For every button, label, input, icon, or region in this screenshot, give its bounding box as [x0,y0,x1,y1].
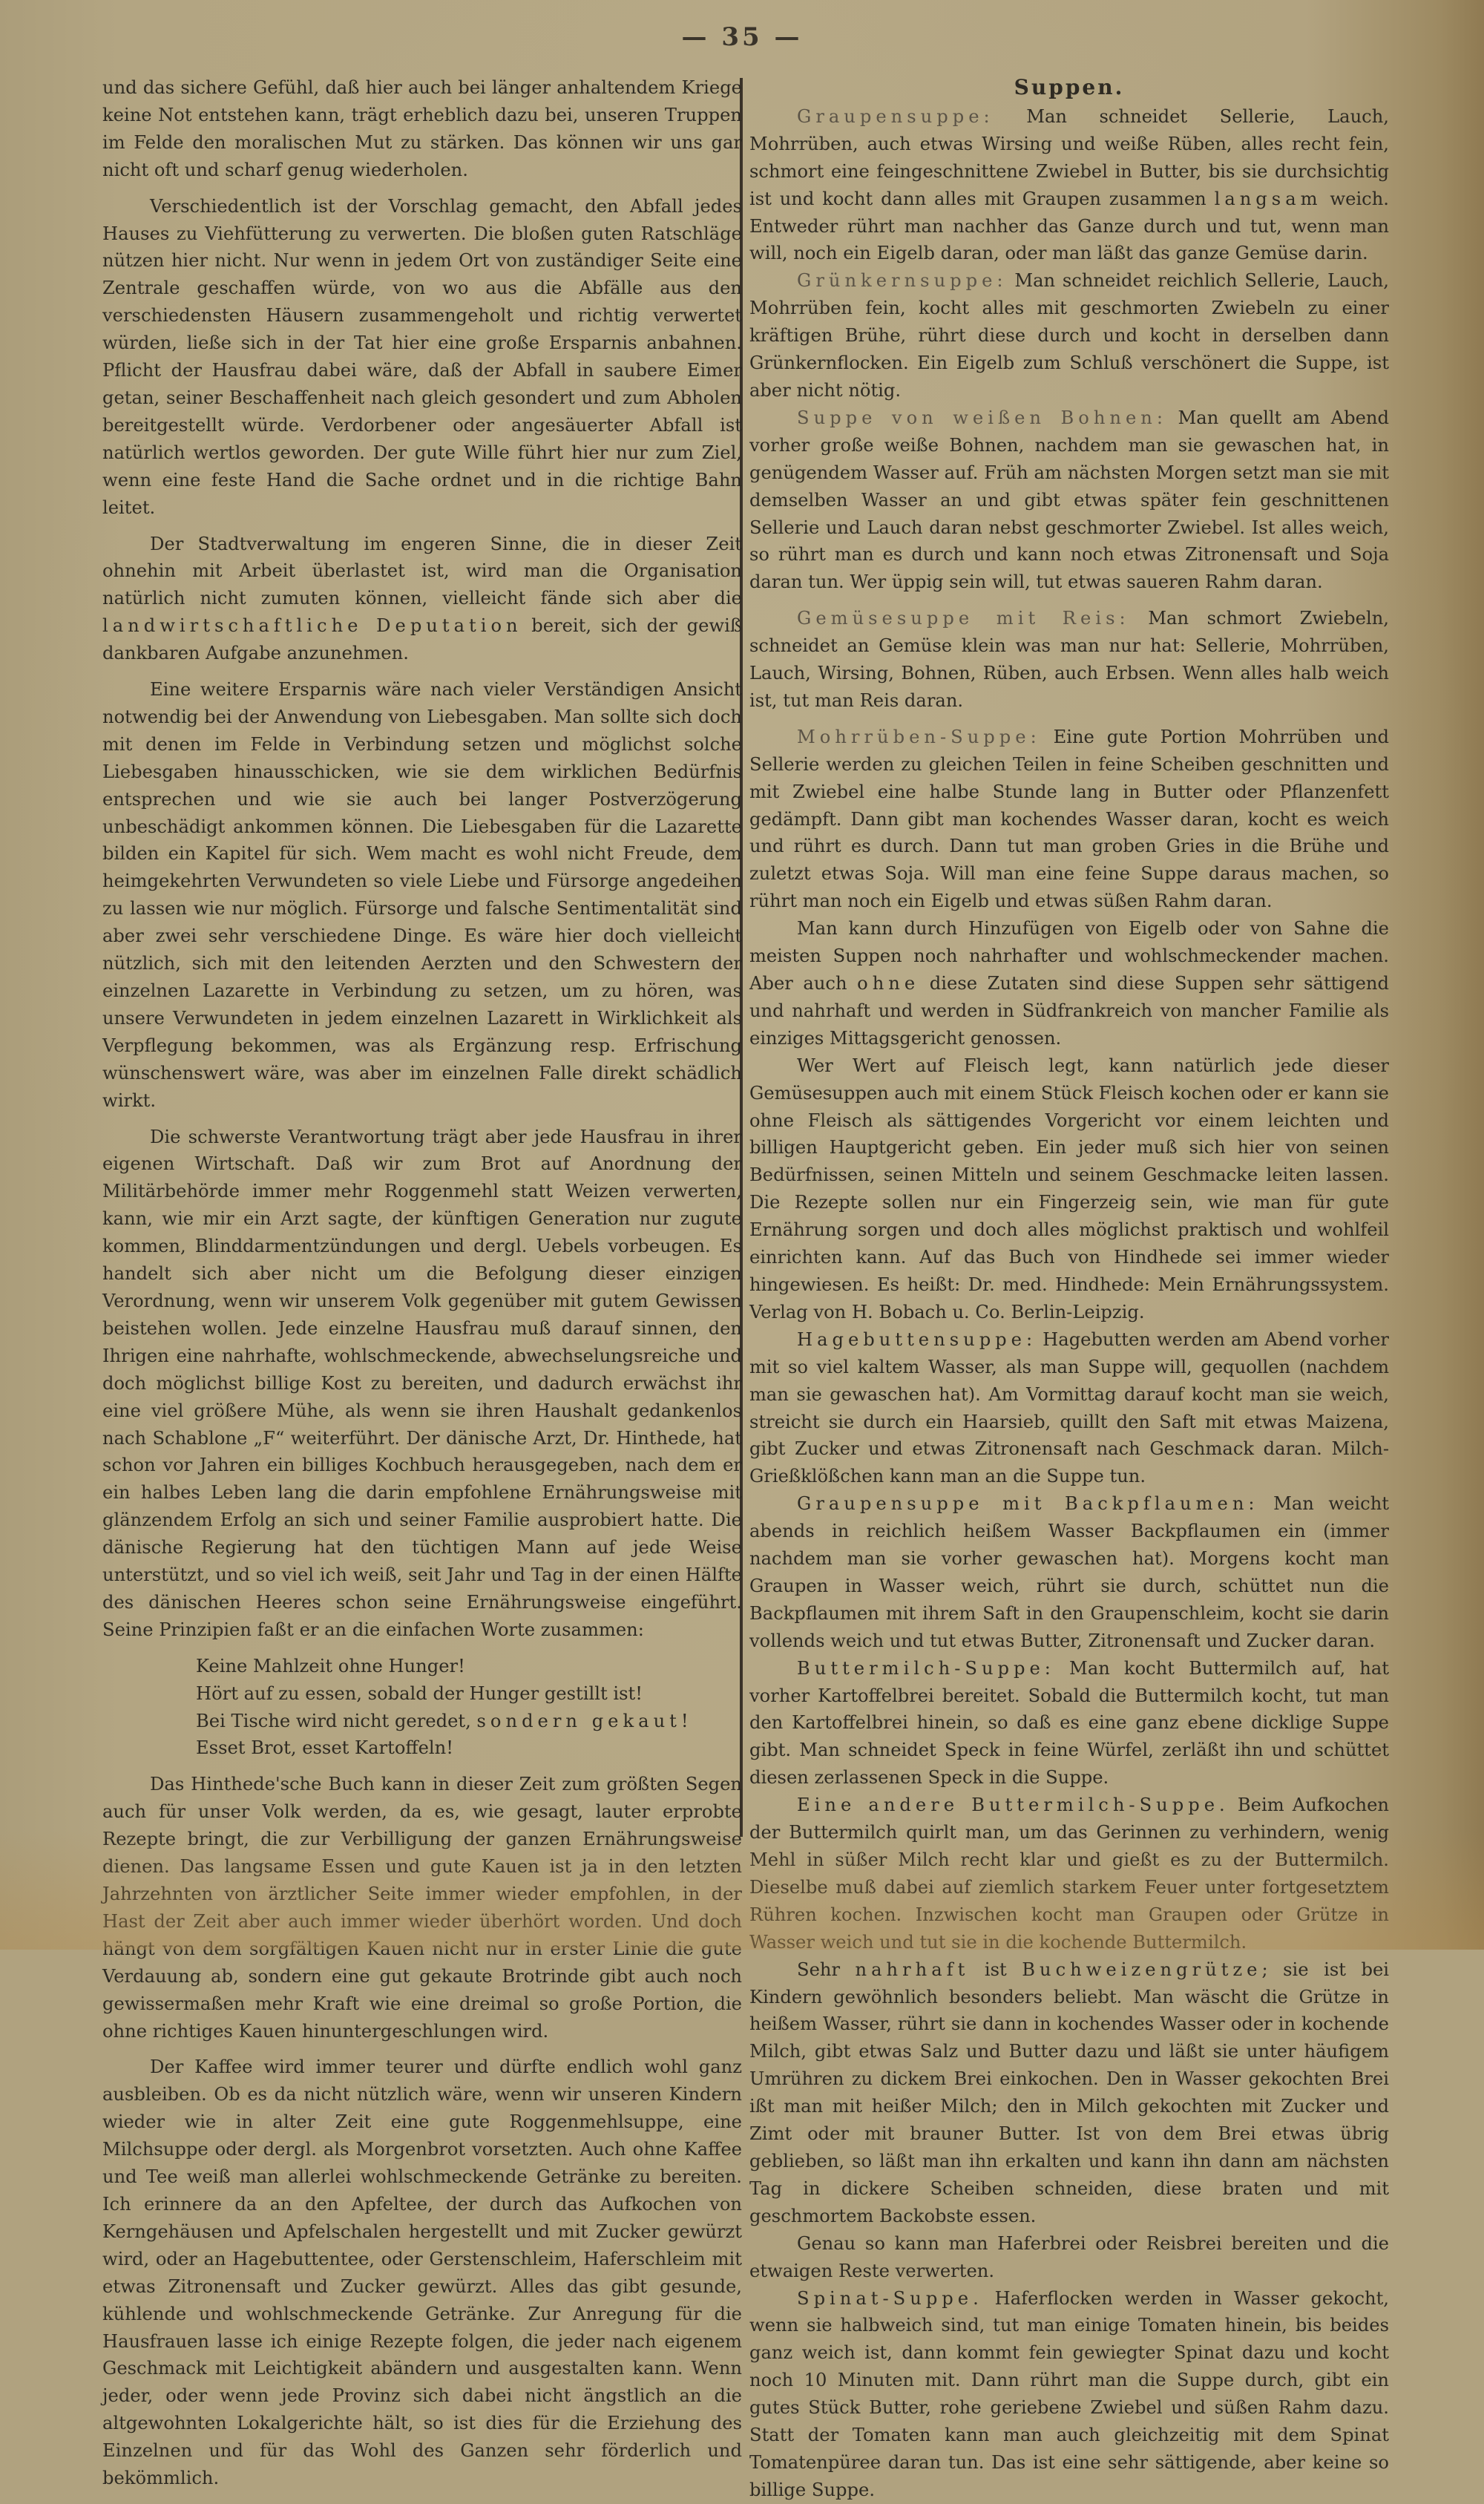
recipe: Mohrrüben-Suppe: Eine gute Portion Mohrr… [749,724,1389,915]
recipe: Buttermilch-Suppe: Man kocht Buttermilch… [749,1655,1389,1792]
recipe-text: Beim Aufkochen der Buttermilch quirlt ma… [749,1795,1389,1950]
emphasis-spaced: sondern gekaut! [477,1711,693,1731]
verse-block: Keine Mahlzeit ohne Hunger! Hört auf zu … [196,1653,742,1763]
recipe-text: Man weicht abends in reichlich heißem Wa… [749,1493,1389,1651]
recipe: Grünkernsuppe: Man schneidet reichlich S… [749,267,1389,404]
recipe-name: Graupensuppe mit Backpflaumen: [797,1493,1259,1514]
recipe-name: Mohrrüben-Suppe: [797,727,1041,747]
emphasis-spaced: landwirtschaftliche Deputation [102,615,522,636]
recipe: Suppe von weißen Bohnen: Man quellt am A… [749,404,1389,596]
text-run: Bei Tische wird nicht geredet, [196,1711,477,1731]
recipe-name: Graupensuppe: [797,106,994,127]
paragraph: Der Stadtverwaltung im engeren Sinne, di… [102,531,742,668]
text-run: Der Stadtverwaltung im engeren Sinne, di… [102,534,742,609]
paragraph: Man kann durch Hinzufügen von Eigelb ode… [749,915,1389,1052]
paragraph: Eine weitere Ersparnis wäre nach vieler … [102,676,742,1115]
page-number: — 35 — [0,22,1484,52]
emphasis-spaced: langsam [1215,189,1322,209]
recipe-name: Eine andere Buttermilch-Suppe. [797,1795,1229,1815]
recipe-text: Man quellt am Abend vorher große weiße B… [749,407,1389,592]
verse-line: Esset Brot, esset Kartoffeln! [196,1734,742,1762]
paragraph: Die schwerste Verantwortung trägt aber j… [102,1124,742,1644]
recipe: Gemüsesuppe mit Reis: Man schmort Zwiebe… [749,605,1389,715]
recipe: Eine andere Buttermilch-Suppe. Beim Aufk… [749,1792,1389,1950]
recipe-text: Hagebutten werden am Abend vorher mit so… [749,1329,1389,1487]
verse-line: Hört auf zu essen, sobald der Hunger ges… [196,1680,742,1708]
recipe-name: Grünkernsuppe: [797,270,1008,291]
recipe-text: Eine gute Portion Mohrrüben und Sellerie… [749,727,1389,911]
recipe-name: Hagebuttensuppe: [797,1329,1037,1350]
verse-line: Bei Tische wird nicht geredet, sondern g… [196,1708,742,1735]
recipe: Graupensuppe: Man schneidet Sellerie, La… [749,103,1389,267]
right-column: Suppen. Graupensuppe: Man schneidet Sell… [749,74,1389,1950]
recipe-name: Gemüsesuppe mit Reis: [797,608,1130,629]
emphasis-spaced: ohne [857,973,919,994]
section-title: Suppen. [749,74,1389,102]
paragraph: Wer Wert auf Fleisch legt, kann natürlic… [749,1052,1389,1326]
verse-line: Keine Mahlzeit ohne Hunger! [196,1653,742,1680]
scanned-page: — 35 — und das sichere Gefühl, daß hier … [0,0,1484,1950]
recipe-name: Buttermilch-Suppe: [797,1658,1055,1679]
left-column: und das sichere Gefühl, daß hier auch be… [102,74,742,1950]
recipe: Hagebuttensuppe: Hagebutten werden am Ab… [749,1326,1389,1490]
paragraph: Das Hinthede'sche Buch kann in dieser Ze… [102,1771,742,1950]
paragraph: Verschiedentlich ist der Vorschlag gemac… [102,193,742,522]
paragraph: und das sichere Gefühl, daß hier auch be… [102,74,742,184]
recipe: Graupensuppe mit Backpflaumen: Man weich… [749,1490,1389,1654]
recipe-name: Suppe von weißen Bohnen: [797,407,1167,428]
